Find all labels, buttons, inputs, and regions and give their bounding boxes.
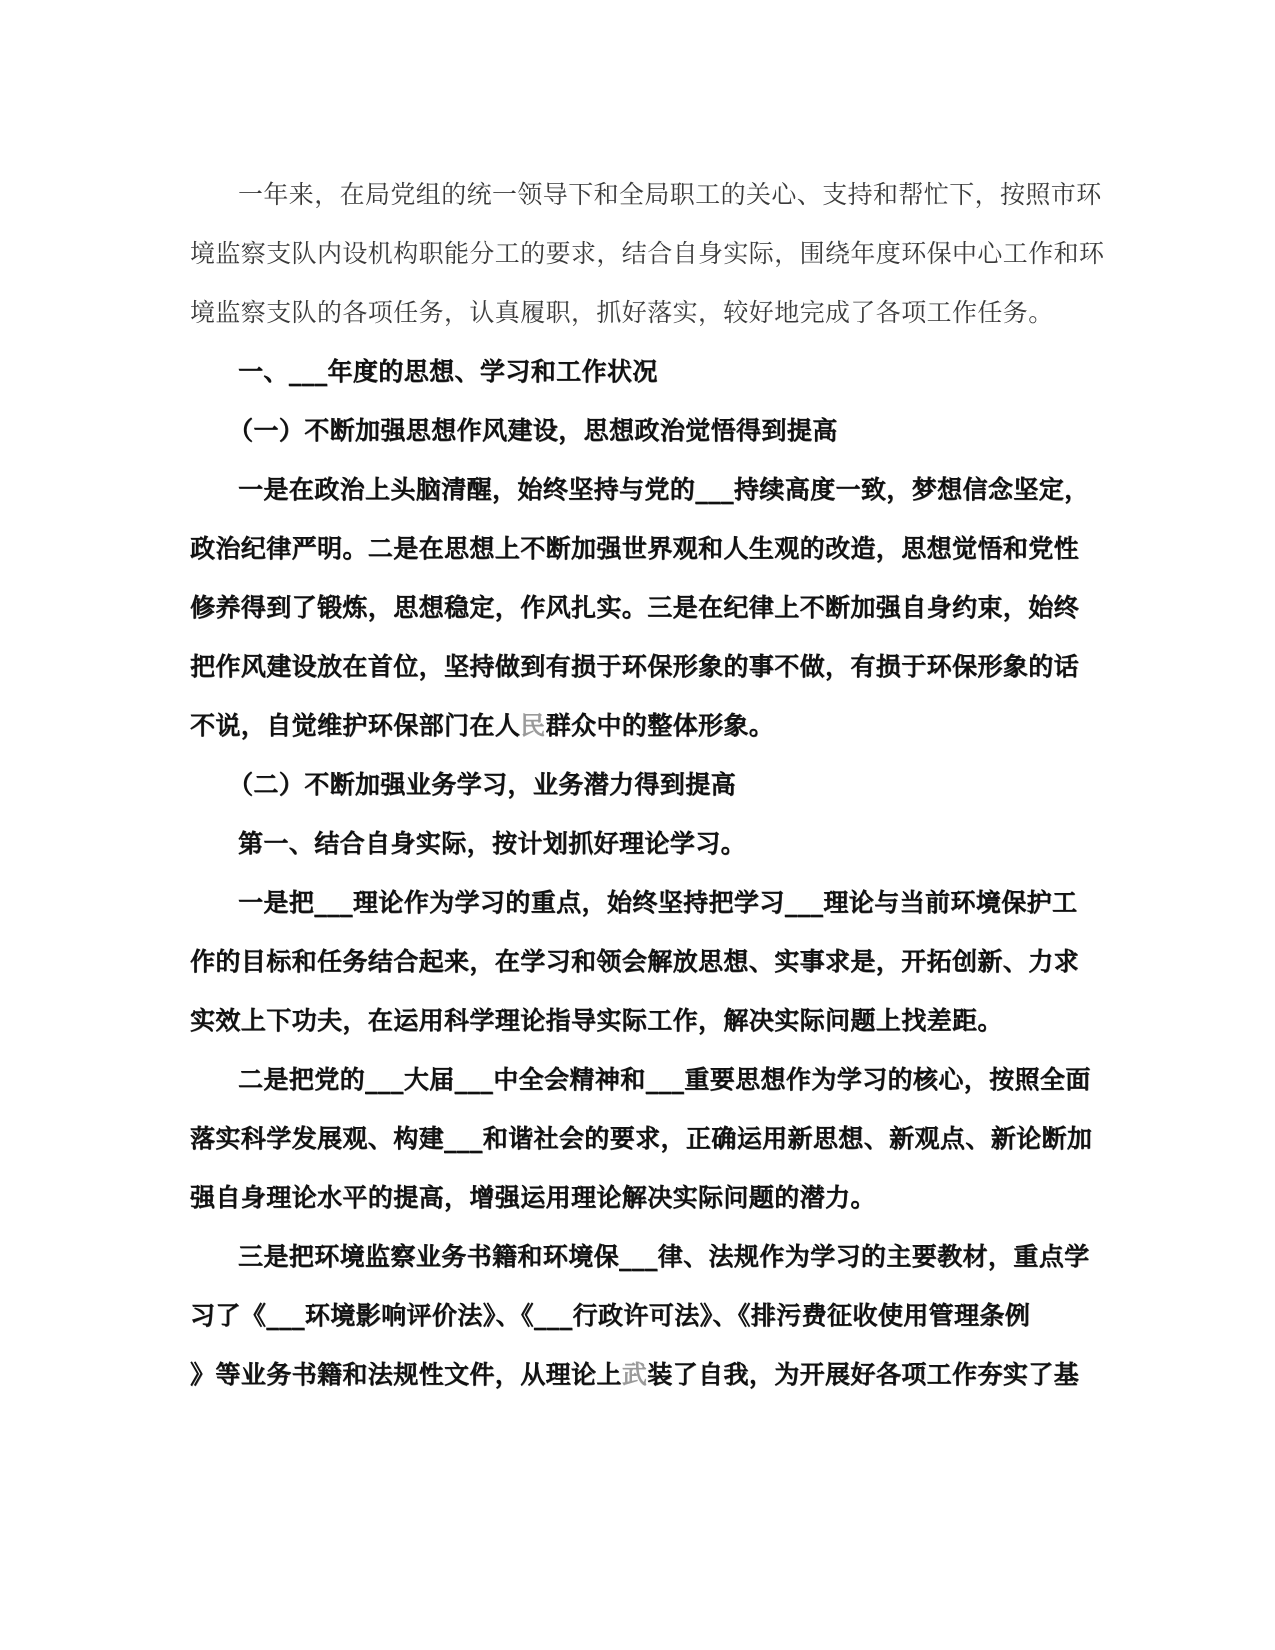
item1-line-2: 作的目标和任务结合起来，在学习和领会解放思想、实事求是，开拓创新、力求 xyxy=(190,939,1086,998)
item2-line-2: 落实科学发展观、构建___和谐社会的要求，正确运用新思想、新观点、新论断加 xyxy=(190,1116,1086,1175)
sub1-line-1: 一是在政治上头脑清醒，始终坚持与党的___持续高度一致，梦想信念坚定， xyxy=(190,467,1086,526)
sub1-line-2: 政治纪律严明。二是在思想上不断加强世界观和人生观的改造，思想觉悟和党性 xyxy=(190,526,1086,585)
subsection-1-heading: （一）不断加强思想作风建设，思想政治觉悟得到提高 xyxy=(190,408,1086,467)
intro-line-1: 一年来，在局党组的统一领导下和全局职工的关心、支持和帮忙下，按照市环 xyxy=(190,172,1086,231)
sub1-line-5: 不说，自觉维护环保部门在人民群众中的整体形象。 xyxy=(190,703,1086,762)
subsection-2-heading: （二）不断加强业务学习，业务潜力得到提高 xyxy=(190,762,1086,821)
sub1-line-3: 修养得到了锻炼，思想稳定，作风扎实。三是在纪律上不断加强自身约束，始终 xyxy=(190,585,1086,644)
item2-line-1: 二是把党的___大届___中全会精神和___重要思想作为学习的核心，按照全面 xyxy=(190,1057,1086,1116)
text-segment: 群众中的整体形象。 xyxy=(546,711,775,740)
item2-line-3: 强自身理论水平的提高，增强运用理论解决实际问题的潜力。 xyxy=(190,1175,1086,1234)
item3-line-2: 习了《___环境影响评价法》、《___行政许可法》、《排污费征收使用管理条例 xyxy=(190,1293,1086,1352)
text-segment: 不说，自觉维护环保部门在人 xyxy=(190,711,520,740)
text-segment: 装了自我，为开展好各项工作夯实了基 xyxy=(647,1360,1079,1389)
text-segment: 》等业务书籍和法规性文件，从理论上 xyxy=(190,1360,622,1389)
document-page: 一年来，在局党组的统一领导下和全局职工的关心、支持和帮忙下，按照市环 境监察支队… xyxy=(190,172,1086,1411)
point-1-heading: 第一、结合自身实际，按计划抓好理论学习。 xyxy=(190,821,1086,880)
item1-line-1: 一是把___理论作为学习的重点，始终坚持把学习___理论与当前环境保护工 xyxy=(190,880,1086,939)
faded-character: 民 xyxy=(520,711,545,740)
sub1-line-4: 把作风建设放在首位，坚持做到有损于环保形象的事不做，有损于环保形象的话 xyxy=(190,644,1086,703)
section-heading: 一、___年度的思想、学习和工作状况 xyxy=(190,349,1086,408)
item3-line-3: 》等业务书籍和法规性文件，从理论上武装了自我，为开展好各项工作夯实了基 xyxy=(190,1352,1086,1411)
intro-line-2: 境监察支队内设机构职能分工的要求，结合自身实际，围绕年度环保中心工作和环 xyxy=(190,231,1086,290)
faded-character: 武 xyxy=(622,1360,647,1389)
item1-line-3: 实效上下功夫，在运用科学理论指导实际工作，解决实际问题上找差距。 xyxy=(190,998,1086,1057)
intro-line-3: 境监察支队的各项任务，认真履职，抓好落实，较好地完成了各项工作任务。 xyxy=(190,290,1086,349)
item3-line-1: 三是把环境监察业务书籍和环境保___律、法规作为学习的主要教材，重点学 xyxy=(190,1234,1086,1293)
